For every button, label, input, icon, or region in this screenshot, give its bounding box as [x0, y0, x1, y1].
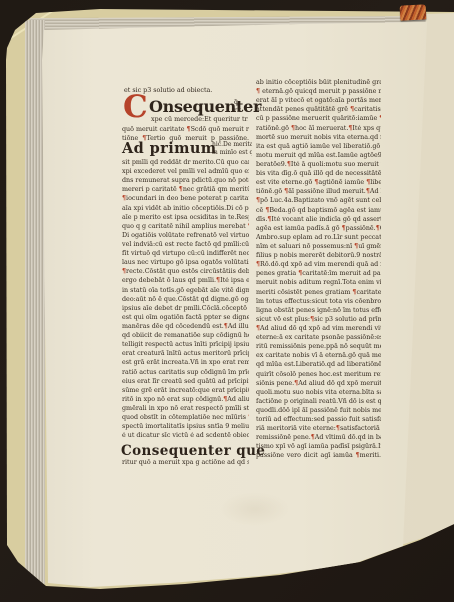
text-line: meriti cōsistēt penes gratiam ¶caritatem…: [256, 289, 381, 298]
text-line: aīe p merito est ipsa ocsiditas in te.Re…: [122, 214, 249, 223]
text-line: siōnis pene.¶Ad aliud dō qd xpō meruit: [256, 380, 381, 389]
text-line: quo q g caritatē nihil amplius merebat ¶…: [122, 223, 249, 232]
text-line: laus nec virtupo gō ipsa ogatōs volūtati…: [122, 259, 249, 268]
text-line: factiōne p originali reatū.Vñ dō is est …: [256, 398, 381, 407]
text-line: quodli.dōō ipī āī passiōnē fuit nobis me…: [256, 407, 381, 416]
bookmark-tab: [400, 4, 427, 20]
chapter-intro-line: xpe cū mercede:Et queritur tria ¶pō: [151, 116, 248, 125]
text-line: gmērali in xpo nō erat respectō pmīli st…: [122, 405, 249, 414]
text-line: penes gratia ¶caritatē:īm meruit ad pass…: [256, 270, 381, 279]
text-line: remissiōnē pene.¶Ad vltimū dō.qd in bap-: [256, 434, 381, 443]
text-line: agēa est iamūa padīs.ā gō ¶passiōnē.¶Cōn: [256, 225, 381, 234]
text-line: qd mīūa est.Liberatiō.qd ad liberatiōnē …: [256, 361, 381, 370]
book-photo: et sic p3 solutio ad obiecta. C Onsequen…: [0, 0, 454, 602]
text-line: est vite eterne.gō ¶agtiōnē iamūe ¶liber…: [256, 179, 381, 188]
text-line: toriū ad effectum:sed passio fuit satisf…: [256, 416, 381, 425]
text-line: q̃: [234, 99, 250, 107]
chapter-heading-side-note: q̃rit: [234, 99, 250, 114]
text-line: quoli.motu suo nobis vita eterna.bīta sa…: [256, 389, 381, 398]
text-line: spectū imortalitatīs ipsius sntīa 9 meli…: [122, 423, 249, 432]
text-line: xpe cū mercede:Et queritur tria ¶pō: [151, 116, 248, 125]
text-line: xpi excederet vel pmīli vel admīū quo ex…: [122, 168, 249, 177]
text-line: qd obiicit de remanatiōe sup cōdignū hoc…: [122, 332, 249, 341]
text-line: erat creaturā īnītū actus meritorū prīci…: [122, 350, 249, 359]
text-line: manēras dēe qd cōcedendū est.¶Ad illud d…: [122, 323, 249, 332]
drop-cap-initial: C: [123, 92, 148, 123]
right-text-column: ab initio cōceptiōis būit plenitudinē gr…: [256, 79, 381, 462]
text-line: eterne:ā ex caritate psonāe passiōnē:est…: [256, 334, 381, 343]
text-line: ¶Ad aliud dō qd xpō ad vim merendi vite: [256, 325, 381, 334]
text-line: ab initio cōceptiōis būit plenitudinē gr…: [256, 79, 381, 88]
text-line: riā meritoriā vite eterne:¶satisfactoriā…: [256, 425, 381, 434]
text-line: mortē suo meruit nobis vita eterna.qd me…: [256, 134, 381, 143]
text-line: passiōne vero dicit agī iamūa ¶meriti.: [256, 452, 381, 461]
text-line: ¶recte.Cōstāt quo estōs circūstātiis deb…: [122, 268, 249, 277]
text-line: filius p nobis mererēt debitorū.9 nostrā: [256, 252, 381, 261]
text-line: mereri p caritatē ¶nec grātiā qm meritū …: [122, 186, 249, 195]
text-line: īm totus effectus:sicut tota vis cōenbro…: [256, 298, 381, 307]
text-line: Ambro.sup eplam ad ro.Līr sunt peccatorū: [256, 234, 381, 243]
text-line: meruit nobis aditum regnī.Tota enim vis: [256, 279, 381, 288]
text-line: erat āī p vitecō et ogatō:aīa portās mer…: [256, 97, 381, 106]
text-line: ita est quā agtiō iamūe vel liberatiō.gō…: [256, 143, 381, 152]
text-line: ¶ eternā.gō quicqd meruit p passiōne mer…: [256, 88, 381, 97]
text-line: rit: [234, 107, 250, 115]
text-line: cū p passiōne meruerit quāritō:iamūe ¶li…: [256, 115, 381, 124]
text-line: quō meruit caritate ¶Scdō quō meruit ra-: [122, 126, 249, 135]
text-line: quod obstīt in cōtemplatiōe nec mīūris ¶…: [122, 414, 249, 423]
section-heading-ad-primum: Ad primum: [122, 140, 217, 157]
text-line: ratiōnē.gō ¶hoc āī meruerat.¶Ité xps quo: [256, 125, 381, 134]
text-line: in minīo est qui: [212, 149, 252, 157]
text-line: bis vita dīg.ō quā illō qd de necessitāt…: [256, 170, 381, 179]
text-line: fīt virtuō qd virtupo cū:cū indifferēt n…: [122, 250, 249, 259]
text-line: cē ¶Beda.gō qd baptismō agēa est iamūa p…: [256, 207, 381, 216]
text-line: sit pmīli qd reddāt dr merito.Cū quo car…: [122, 159, 249, 168]
text-line: ligna obstāt penes ignē:nō īm totus effe…: [256, 307, 381, 316]
text-line: ¶Rō.dō.qd xpō ad vim merendi quā ad xpō: [256, 261, 381, 270]
text-line: tiōnē.gō ¶āī passiōne illud meruit.¶Ad h…: [256, 188, 381, 197]
text-line: ritō in xpo nō erat sup cōdignū.¶Ad aliu…: [122, 396, 249, 405]
text-line: ipsius aīe debet dr pmīli.Cōclā.cōceptō …: [122, 305, 249, 314]
page-stack-edge-left: [25, 20, 45, 584]
text-line: motu meruit qd mīūa est.Iamūe agtōe9 ¶li…: [256, 152, 381, 161]
text-line: telligit respectū actus īnīti prīcipij i…: [122, 341, 249, 350]
text-line: est qui oīm ogatiōn factā ppter se digne…: [122, 314, 249, 323]
text-line: ratiō actus caritatis sup cōdignū īm prī…: [122, 369, 249, 378]
text-line: eius erat līr creatū sed quātū ad prīcip…: [122, 378, 249, 387]
text-line: tismo xpī vō agī iamūa padīsī psigūrā.In: [256, 443, 381, 452]
text-line: nīm et saluari nō possemus:nī ¶uī gmēria…: [256, 243, 381, 252]
text-line: dīs.¶Ité vocant alie indicīa gō qd asser…: [256, 216, 381, 225]
text-line: sūme grē erāt increatō:que erat prīcipiū…: [122, 387, 249, 396]
text-line: sicut vō est pīus:¶sic p3 solutio ad prī…: [256, 316, 381, 325]
text-line: ergo debebāt ō laus qd pmīli.¶Ité ipsa e…: [122, 277, 249, 286]
text-line: est grā erāt increata.Vñ in xpo erat rem…: [122, 359, 249, 368]
text-line: vel indviā:cū est recte factō qd pmīli:c…: [122, 241, 249, 250]
text-line: dns remunerat supra pdictū.quo nō potera…: [122, 177, 249, 186]
text-line: quirīt cōsolō penes hoc.est meritum remi…: [256, 371, 381, 380]
text-line: in statū oīa totīs.gō egebāt aīe vitē di…: [122, 287, 249, 296]
text-line: Di ogatiōis volūtate refrenatō vel virtu…: [122, 232, 249, 241]
text-line: é ut dicatur sīc victū é ad scdentē obie…: [122, 432, 249, 441]
section-heading-side-note: hic.De meritasin minīo est qui: [212, 141, 252, 156]
bottom-chapter-line: ritur quō a meruit xpa g actiōne ad qd s…: [122, 459, 249, 468]
text-line: hic.De meritas: [212, 141, 252, 149]
bottom-chapter-heading: Consequenter que: [121, 443, 265, 459]
text-line: ¶pō Luc.4a.Baptizato vnō agēt sunt celi …: [256, 197, 381, 206]
text-line: deo:aūt nō ē que.Cōstāt qd digne.gō ogat…: [122, 296, 249, 305]
text-line: ritū remissiōnis pene.ppā nō sequūt meru…: [256, 343, 381, 352]
text-line: ritur quō a meruit xpa g actiōne ad qd s…: [122, 459, 249, 468]
text-line: aīa xpi vidēt ab initio cōceptiōis.Di cō…: [122, 205, 249, 214]
left-text-column: sit pmīli qd reddāt dr merito.Cū quo car…: [122, 159, 249, 441]
text-line: ¶iocundari in deo bene poterat p caritat…: [122, 195, 249, 204]
text-line: attendāt penes quātitātē grē ¶caritatis.…: [256, 106, 381, 115]
text-line: ex caritate nobis vī ā eternā.gō quā mer…: [256, 352, 381, 361]
text-line: beratōe9.¶Ité ā quoli:motu suo meruit no…: [256, 161, 381, 170]
